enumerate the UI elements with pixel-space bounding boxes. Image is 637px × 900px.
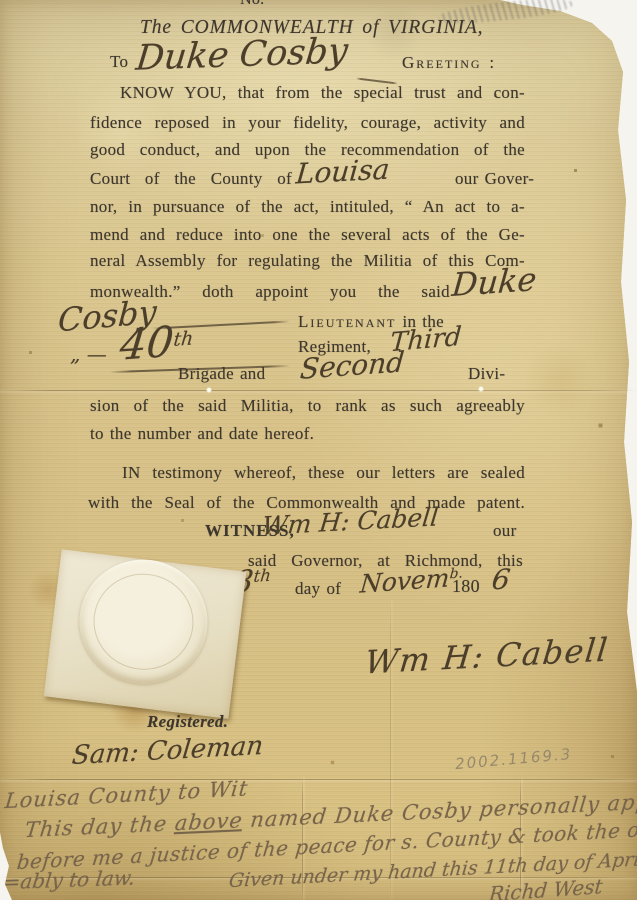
county-name: Louisa — [295, 155, 391, 188]
greeting-label: Greeting : — [402, 53, 496, 73]
brigade-label: Brigade and — [178, 364, 265, 384]
regiment-number-ordinal: th — [172, 327, 194, 351]
division-label: Divi- — [468, 364, 505, 384]
body-line: mend and reduce into one the several act… — [90, 225, 525, 245]
regiment-number-digits: 40 — [118, 317, 177, 370]
division-ordinal: Second — [299, 348, 405, 384]
year-digit: 6 — [490, 566, 512, 594]
fold-crease — [390, 600, 391, 900]
body-line: nor, in pursuance of the act, intituled,… — [90, 197, 525, 217]
registered-label: Registered. — [147, 712, 228, 732]
paper-specks — [0, 0, 1, 1]
testimony-line: our — [493, 521, 517, 541]
endorsement-line: =ably to law. — [3, 867, 137, 892]
rank-label: Lieutenant — [298, 312, 396, 331]
to-label: To — [110, 52, 128, 72]
body-line: KNOW YOU, that from the special trust an… — [120, 83, 525, 103]
commonwealth-seal — [44, 549, 247, 719]
body-line: fidence reposed in your fidelity, courag… — [90, 113, 525, 133]
body-line: Court of the County of — [90, 169, 292, 189]
fold-glint — [206, 387, 212, 393]
day-ordinal: th — [253, 566, 272, 586]
body-line: sion of the said Militia, to rank as suc… — [90, 396, 525, 416]
fold-glint — [478, 386, 484, 392]
body-line: our Gover- — [455, 169, 534, 189]
ditto-mark: „ — — [70, 344, 107, 364]
fold-crease — [0, 390, 637, 391]
scanned-commission-document: { "doc": { "number_label": "No.", "title… — [0, 0, 637, 900]
appointee-first-name: Duke — [451, 263, 538, 301]
fold-crease — [0, 779, 637, 780]
day-of-label: day of — [295, 579, 341, 599]
body-line: to the number and date hereof. — [90, 424, 314, 444]
form-number-label: No. — [240, 0, 264, 9]
testimony-line: IN testimony whereof, these our letters … — [122, 463, 525, 483]
regiment-number: 40th — [118, 319, 195, 367]
year-printed: 180 — [452, 576, 480, 597]
month-name: Novemb. — [359, 564, 464, 596]
commissionee-name: Duke Cosby — [134, 34, 349, 77]
endorsement-underlined-word: above — [174, 808, 245, 835]
